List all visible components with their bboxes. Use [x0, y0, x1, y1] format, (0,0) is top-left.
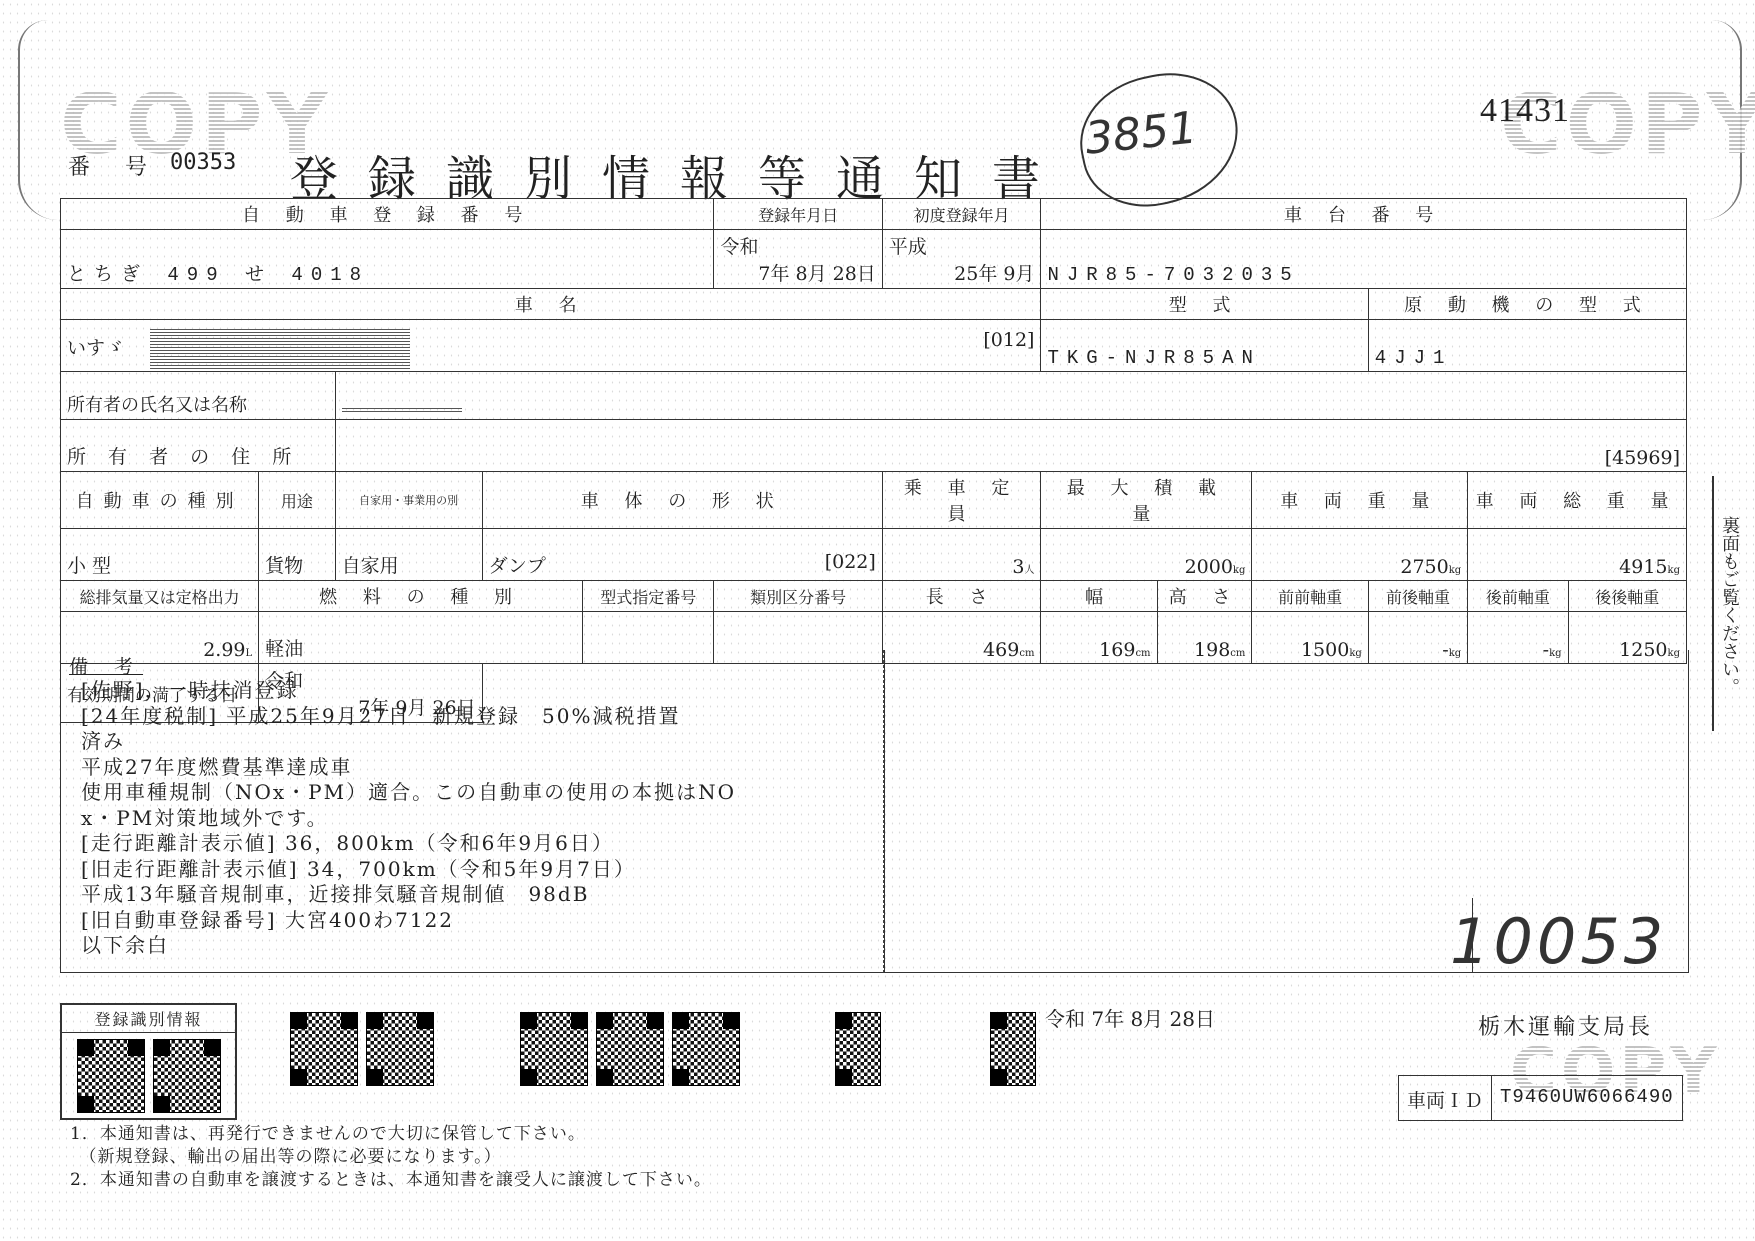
fr-axle-header: 前後軸重	[1368, 581, 1467, 612]
max-load-header: 最 大 積 載 量	[1041, 472, 1252, 529]
remark-line: 以下余白	[81, 933, 736, 959]
model: TKG-NJR85AN	[1041, 320, 1368, 372]
qr-code-icon	[990, 1012, 1036, 1086]
remarks-title: 備 考	[69, 652, 143, 679]
remark-line: [走行距離計表示値] 36，800km（令和6年9月6日）	[81, 831, 736, 857]
remark-line: [旧自動車登録番号] 大宮400わ7122	[81, 908, 736, 934]
vehicle-type: 小 型	[61, 529, 259, 581]
body-shape-header: 車 体 の 形 状	[482, 472, 882, 529]
vehicle-name-header: 車 名	[61, 289, 1041, 320]
qr-code-icon	[77, 1039, 145, 1113]
fuel-header: 燃 料 の 種 別	[259, 581, 583, 612]
remark-line: 平成13年騒音規制車，近接排気騒音規制値 98dB	[81, 882, 736, 908]
category-no-header: 類別区分番号	[714, 581, 882, 612]
qr-group-2	[520, 1012, 740, 1086]
redacted-logo	[150, 329, 410, 369]
rr-axle-header: 後後軸重	[1568, 581, 1686, 612]
registration-id-qr-box: 登録識別情報	[60, 1003, 237, 1120]
footer-note: 2．本通知書の自動車を譲渡するときは、本通知書を譲受人に譲渡して下さい。	[70, 1169, 712, 1192]
length-header: 長 さ	[882, 581, 1041, 612]
private-commercial-header: 自家用・事業用の別	[335, 472, 482, 529]
corner-ornament-left	[18, 20, 60, 220]
serial-number: 41431	[1480, 92, 1570, 130]
type-designation-header: 型式指定番号	[583, 581, 714, 612]
issue-date: 令和 7年 8月 28日	[1045, 1003, 1215, 1032]
displacement-header: 総排気量又は定格出力	[61, 581, 259, 612]
remark-line: 済み	[81, 729, 736, 755]
vehicle-use: 貨物	[259, 529, 335, 581]
owner-name-value	[335, 372, 1686, 420]
remark-line: x・PM対策地域外です。	[81, 806, 736, 832]
chassis-header: 車 台 番 号	[1041, 199, 1687, 230]
owner-name-label: 所有者の氏名又は名称	[61, 372, 336, 420]
height-header: 高 さ	[1157, 581, 1252, 612]
footer-note: （新規登録、輸出の届出等の際に必要になります。）	[70, 1146, 712, 1169]
type-header: 自動車の種別	[61, 472, 259, 529]
gross-weight: 4915kg	[1468, 529, 1687, 581]
qr-group-1	[290, 1012, 434, 1086]
ff-axle-header: 前前軸重	[1252, 581, 1368, 612]
capacity-header: 乗 車 定 員	[882, 472, 1041, 529]
owner-address-value: [45969]	[335, 420, 1686, 472]
qr-code-icon	[366, 1012, 434, 1086]
weight-header: 車 両 重 量	[1252, 472, 1468, 529]
body-shape: ダンプ[022]	[482, 529, 882, 581]
rf-axle-header: 後前軸重	[1468, 581, 1568, 612]
redacted-owner	[342, 408, 462, 412]
engine-header: 原 動 機 の 型 式	[1368, 289, 1686, 320]
first-reg-date: 平成25年 9月	[882, 230, 1041, 289]
remark-line: [佐野]，一時抹消登録	[81, 678, 736, 704]
gross-weight-header: 車 両 総 重 量	[1468, 472, 1687, 529]
vehicle-id-box: 車両ＩＤ T9460UW6066490	[1398, 1075, 1683, 1121]
use-header: 用途	[259, 472, 335, 529]
capacity: 3人	[882, 529, 1041, 581]
remarks-section: 備 考 [佐野]，一時抹消登録 [24年度税制] 平成25年9月27日 新規登録…	[60, 650, 885, 973]
document-number: 00353	[170, 150, 236, 175]
vehicle-weight: 2750kg	[1252, 529, 1468, 581]
qr-group-3	[835, 1012, 881, 1086]
reg-date-header: 登録年月日	[714, 199, 882, 230]
qr-group-4	[990, 1012, 1036, 1086]
remark-line: [24年度税制] 平成25年9月27日 新規登録 50%減税措置	[81, 704, 736, 730]
reg-date: 令和7年 8月 28日	[714, 230, 882, 289]
max-load: 2000kg	[1041, 529, 1252, 581]
private-commercial: 自家用	[335, 529, 482, 581]
owner-address-label: 所 有 者 の 住 所	[61, 420, 336, 472]
qr-code-icon	[596, 1012, 664, 1086]
model-header: 型 式	[1041, 289, 1368, 320]
vehicle-name: いすゞ [012]	[61, 320, 1041, 372]
remarks-lines: [佐野]，一時抹消登録 [24年度税制] 平成25年9月27日 新規登録 50%…	[81, 678, 736, 959]
qr-code-icon	[672, 1012, 740, 1086]
engine-model: 4JJ1	[1368, 320, 1686, 372]
vehicle-id: T9460UW6066490	[1491, 1076, 1682, 1120]
registration-form-table: 自 動 車 登 録 番 号 登録年月日 初度登録年月 車 台 番 号 とちぎ 4…	[60, 198, 1687, 723]
qr-box-title: 登録識別情報	[62, 1005, 235, 1033]
remark-line: [旧走行距離計表示値] 34，700km（令和5年9月7日）	[81, 857, 736, 883]
width-header: 幅	[1041, 581, 1157, 612]
footer-notes: 1．本通知書は、再発行できませんので大切に保管して下さい。 （新規登録、輸出の届…	[70, 1123, 712, 1192]
qr-code-icon	[520, 1012, 588, 1086]
qr-code-icon	[153, 1039, 221, 1113]
plate-number: とちぎ 499 せ 4018	[61, 230, 714, 289]
qr-code-icon	[835, 1012, 881, 1086]
remark-line: 平成27年度燃費基準達成車	[81, 755, 736, 781]
plate-header: 自 動 車 登 録 番 号	[61, 199, 714, 230]
first-reg-header: 初度登録年月	[882, 199, 1041, 230]
issuer: 栃木運輸支局長	[1478, 1010, 1653, 1041]
chassis-number: NJR85-7032035	[1041, 230, 1687, 289]
handwritten-note-bottom: 10053	[1450, 905, 1667, 978]
see-reverse-side-note: 裏面もご覧ください。	[1712, 476, 1742, 731]
footer-note: 1．本通知書は、再発行できませんので大切に保管して下さい。	[70, 1123, 712, 1146]
vehicle-id-label: 車両ＩＤ	[1399, 1076, 1491, 1120]
qr-code-icon	[290, 1012, 358, 1086]
document-number-label: 番 号	[68, 150, 161, 181]
remark-line: 使用車種規制（NOx・PM）適合。この自動車の使用の本拠はNO	[81, 780, 736, 806]
